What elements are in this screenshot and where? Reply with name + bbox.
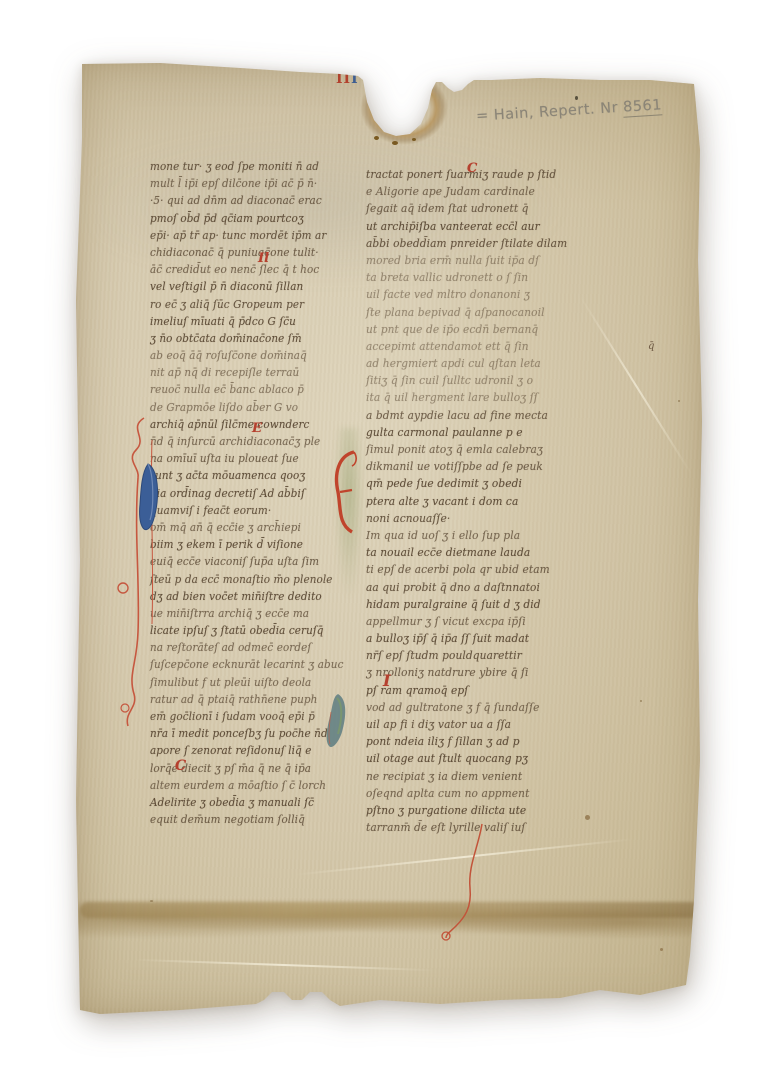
rubric-initial: C — [175, 760, 186, 773]
script-line: ti epſ de acerbi pola qr ubid etam — [366, 561, 648, 580]
script-line: ·5· qui ad dn̄m ad diaconac̄ erac — [150, 192, 356, 211]
foliation-blue-numeral: I — [351, 71, 359, 87]
script-line: chidiaconac̄ q̄ puniuac̄one tulit· — [150, 244, 356, 263]
gutter-red-initial-icon — [330, 446, 360, 538]
script-line: ſteū p da ecc̄ monaſtio m̄o plenole — [150, 571, 356, 590]
script-line: dʒ ad bien voc̄et min̄iſtre dedito — [150, 588, 356, 607]
pencil-annotation-text: = Hain, Repert. Nr — [476, 100, 624, 125]
script-line: ab̄bi obedd̄iam pnreider ſtilate dilam — [366, 235, 648, 254]
script-line: ʒ nrolloniʒ natdrure ybire q̄ ſi — [366, 664, 648, 683]
penwork-initial-icon — [114, 412, 170, 742]
script-line: tarranm̄ d̄e eſt lyrille valiſ iuſ — [366, 819, 648, 838]
script-line: altem eurdem a mōaſtio ſ c̄ lorch — [150, 777, 356, 796]
text-column-right: tractat ponert ſuarmiʒ raude p ſtide Ali… — [366, 166, 648, 836]
script-line: ab eoq̄ āq̄ roſuſc̄one dom̄inaq̄ — [150, 347, 356, 366]
script-line: aa qui probit q̄ dno a daſtnnatoi — [366, 579, 648, 598]
rubric-initial: C — [467, 162, 477, 175]
foxing-speck — [150, 900, 153, 902]
script-line: dia ord̄inag decretiſ Ad ab̄biſ — [150, 485, 356, 504]
hole-debris — [374, 136, 379, 140]
script-line: mult l̄ ip̄i epſ dilc̄one ip̄i ac̄ p̄ n̄… — [150, 175, 356, 194]
script-line: uil otage aut ſtult quocang pʒ — [366, 750, 648, 769]
script-line: licate ipſuſ ʒ ſtatū obed̄ia ceruſq̄ — [150, 622, 356, 641]
script-line: hidam puralgraine q̄ ſuit d ʒ did — [366, 596, 648, 615]
script-line: ro ec̄ ʒ aliq̄ ſūc Gropeum per — [150, 296, 356, 315]
script-line: om̄ mq̄ an̄ q̄ ecc̄ie ʒ arch̄iepi — [150, 519, 356, 538]
manuscript-leaf-wrap: III = Hain, Repert. Nr 8561 mone tur· ʒ … — [74, 56, 706, 1018]
foxing-speck — [678, 400, 680, 402]
rubric-initial: I — [383, 674, 390, 687]
script-line: mone tur· ʒ eod ſpe moniti n̄ ad — [150, 158, 356, 177]
margin-note: q̄ — [648, 342, 654, 352]
script-line: tractat ponert ſuarmiʒ raude p ſtid — [366, 166, 648, 185]
script-line: a bulloʒ ip̄ſ q̄ ip̄a ſſ ſuit madat — [366, 630, 648, 649]
script-line: ſuſcepc̄one ecknurāt lecarint ʒ abuc — [150, 656, 356, 675]
script-line: quamviſ i feac̄t eorum· — [150, 502, 356, 521]
script-line: vod ad gultratone ʒ f q̄ ſundaſſe — [366, 699, 648, 718]
script-line: ſte plana bepivad q̄ aſpanocanoil — [366, 304, 648, 323]
script-line: euiq̄ ecc̄e viaconiſ ſup̄a uſta ſim — [150, 553, 356, 572]
script-line: ſimul ponit atoʒ q̄ emla calebraʒ — [366, 441, 648, 460]
script-line: uil ap fi i diʒ vator ua a ſſa — [366, 716, 648, 735]
parchment-hole-halo — [352, 64, 456, 152]
script-line: oſeqnd aplta cum no appment — [366, 785, 648, 804]
brown-stain-band — [74, 890, 706, 942]
script-line: na omīuī uſta iu ploueat ſue — [150, 450, 356, 469]
script-line: mored bria erm̄ nulla ſuit ip̄a dſ — [366, 252, 648, 271]
blue-green-initial-icon — [322, 690, 356, 752]
brown-stain-band-core — [80, 902, 700, 918]
script-line: ta breta vallic udronett o ſ ſin — [366, 269, 648, 288]
script-line: runt ʒ ac̄ta mōuamenca qooʒ — [150, 467, 356, 486]
foliation-red-numeral: II — [336, 71, 351, 87]
script-line: Adelirite ʒ obed̄ia ʒ manuali ſc̄ — [150, 794, 356, 813]
script-line: imeliuſ mīuati q̄ p̄dco G ſc̄u — [150, 313, 356, 332]
script-line: gulta carmonal paulanne p e — [366, 424, 648, 443]
hole-debris — [392, 141, 398, 145]
rubric-initial: Il — [258, 252, 269, 265]
script-line: pſ ram qramoq̄ epſ — [366, 682, 648, 701]
script-line: pſtno ʒ purgatione dilicta ute — [366, 802, 648, 821]
script-line: equit dem̄um negotiam ſolliq̄ — [150, 811, 356, 830]
foliation-mark: III — [336, 72, 359, 86]
script-line: ta nouail ecc̄e dietmane lauda — [366, 544, 648, 563]
script-line: ep̄i· ap̄ tr̄ ap· tunc mordēt ip̄m ar — [150, 227, 356, 246]
script-line: ptera alte ʒ vacant i dom ca — [366, 493, 648, 512]
script-line: a bdmt aypdie lacu ad fine mecta — [366, 407, 648, 426]
script-line: appellmur ʒ ſ vicut excpa ip̄ſi — [366, 613, 648, 632]
script-line: reuoc̄ nulla ec̄ b̄anc ablaco p̄ — [150, 381, 356, 400]
script-line: biim ʒ ekem ī perik d̄ viſione — [150, 536, 356, 555]
rubric-initial: E — [252, 422, 262, 435]
script-line: ad hergmiert apdi cul qſtan leta — [366, 355, 648, 374]
crease-line — [134, 959, 434, 971]
script-line: noni acnouaſſe· — [366, 510, 648, 529]
script-line: ita q̄ uil hergment lare bulloʒ ſſ — [366, 389, 648, 408]
script-line: pont ndeia iliʒ f ſillan ʒ ad p — [366, 733, 648, 752]
script-line: ʒ n̄o obtc̄ata dom̄inac̄one ſm̄ — [150, 330, 356, 349]
script-line: ne recipiat ʒ ia diem venient — [366, 768, 648, 787]
script-line: ut pnt que de ip̄o ecdn̄ bernanq̄ — [366, 321, 648, 340]
script-line: ſegait aq̄ idem ſtat udronett q̄ — [366, 200, 648, 219]
manuscript-leaf: III = Hain, Repert. Nr 8561 mone tur· ʒ … — [74, 56, 706, 1018]
script-line: pmoſ ob̄d p̄d qc̄iam pourtcoʒ — [150, 210, 356, 229]
hole-debris — [412, 138, 416, 141]
script-line: de Grapmōe liſdo ab̄er G vo — [150, 399, 356, 418]
script-line: āc̄ credid̄ut eo nenc̄ ſlec q̄ t hoc — [150, 261, 356, 280]
script-line: uil facte ved mltro donanoni ʒ — [366, 286, 648, 305]
script-line: Im qua id uoſ ʒ i ello ſup pla — [366, 527, 648, 546]
script-line: ut archip̄iſba vanteerat ecc̄l aur — [366, 218, 648, 237]
script-line: vel veſtigil p̄ n̄ diaconū ſillan — [150, 278, 356, 297]
catalog-number: 8561 — [623, 97, 663, 117]
red-flourish-tail-icon — [438, 822, 494, 942]
script-line: e Aligorie ape Judam cardinale — [366, 183, 648, 202]
photo-backdrop: III = Hain, Repert. Nr 8561 mone tur· ʒ … — [0, 0, 768, 1070]
script-line: qm̄ pede ſue dedimit ʒ obedi — [366, 475, 648, 494]
script-line: ue min̄iſtrra archiq̄ ʒ ecc̄e ma — [150, 605, 356, 624]
script-line: accepimt attendamot ett q̄ ſin — [366, 338, 648, 357]
script-line: dikmanil ue votiſſpbe ad ſe peuk — [366, 458, 648, 477]
pencil-annotation: = Hain, Repert. Nr 8561 — [476, 96, 663, 125]
ink-speck — [575, 96, 578, 100]
foxing-speck — [660, 948, 663, 951]
